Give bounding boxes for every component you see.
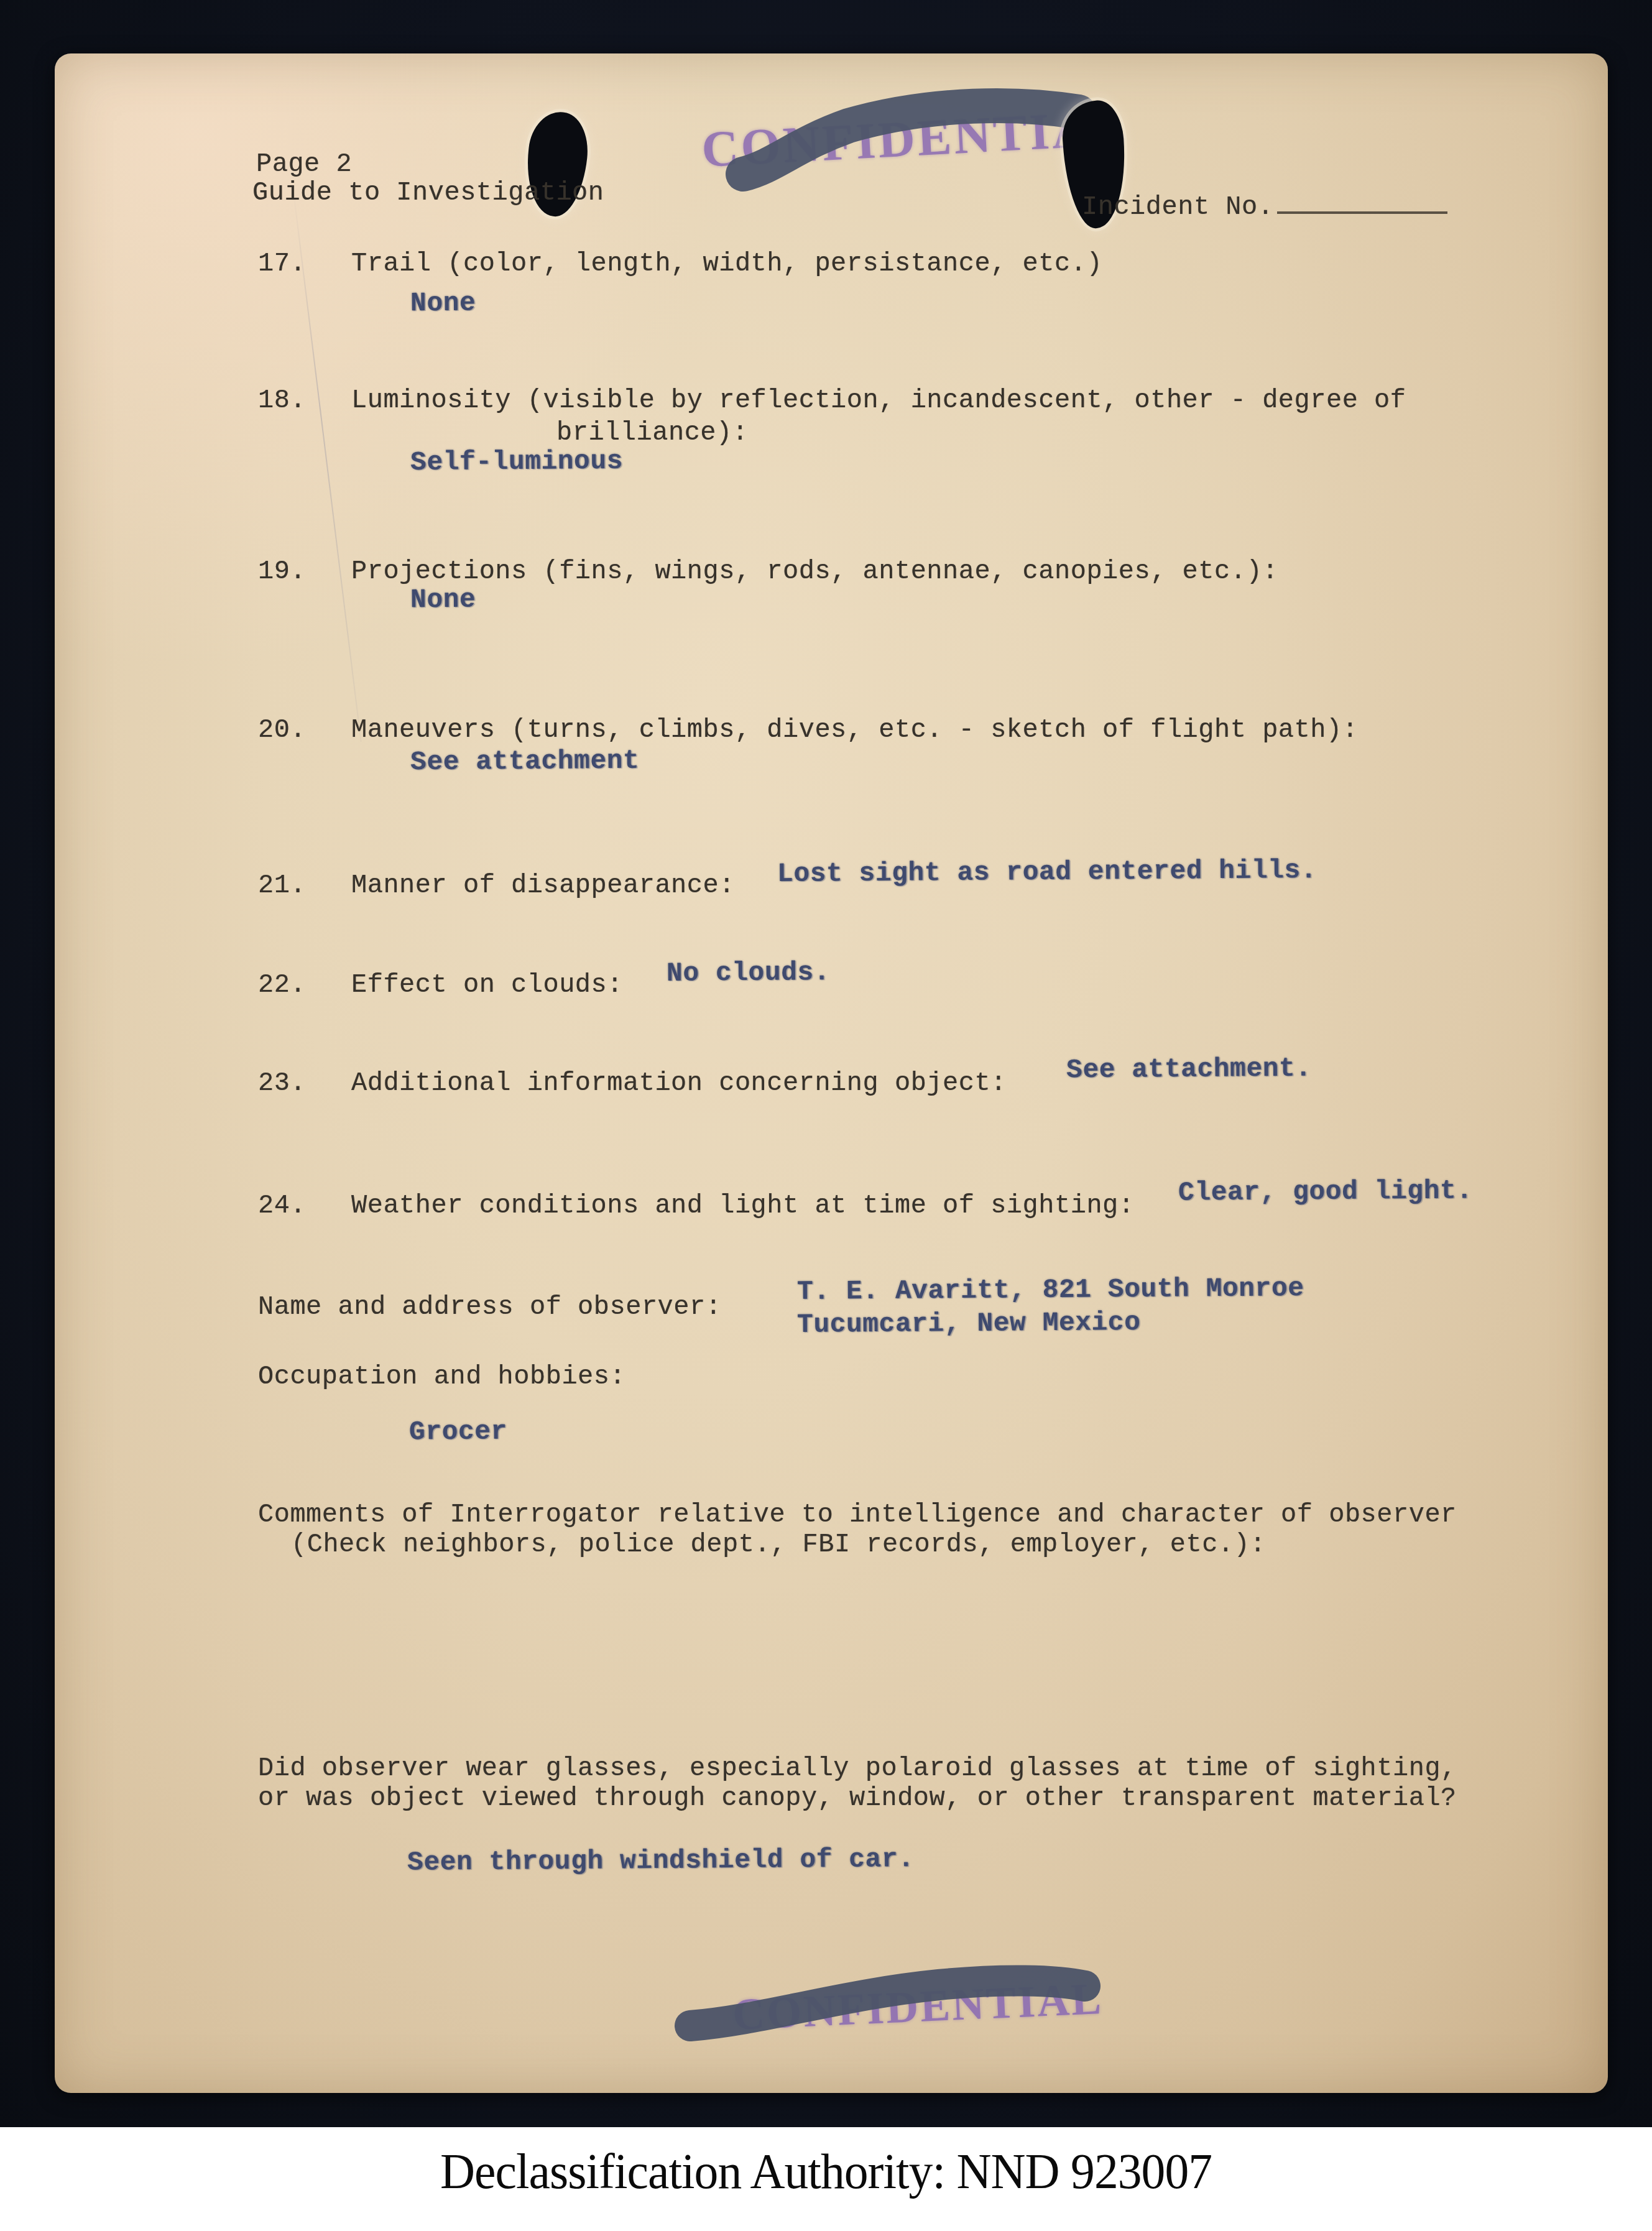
item-18-label-line2: brilliance): [556,418,748,448]
item-21-number: 21. [258,871,306,900]
comments-line1: Comments of Interrogator relative to int… [258,1500,1457,1530]
comments-line2: (Check neighbors, police dept., FBI reco… [291,1530,1266,1559]
item-23-answer: See attachment. [1066,1053,1312,1086]
doc-title: Guide to Investigation [252,178,604,208]
occupation-label: Occupation and hobbies: [258,1362,625,1392]
item-22-answer: No clouds. [667,957,830,989]
incident-no-label: Incident No. [1082,192,1273,222]
item-21-label: Manner of disappearance: [351,871,735,900]
item-22-number: 22. [258,970,306,1000]
glasses-answer: Seen through windshield of car. [407,1844,915,1878]
observer-name-label: Name and address of observer: [258,1292,721,1322]
item-20-answer: See attachment [410,746,640,778]
item-18-answer: Self-luminous [410,446,623,478]
item-24-label: Weather conditions and light at time of … [351,1191,1135,1221]
item-23-number: 23. [258,1068,306,1098]
item-24-number: 24. [258,1191,306,1221]
declassification-bar: Declassification Authority: NND 923007 [0,2127,1652,2231]
item-17-answer: None [410,288,476,319]
item-19-number: 19. [258,557,306,586]
glasses-question-line2: or was object viewed through canopy, win… [258,1783,1457,1813]
item-19-answer: None [410,584,476,616]
redaction-stroke-top [727,87,1101,193]
item-21-answer: Lost sight as road entered hills. [777,855,1317,889]
item-19-label: Projections (fins, wings, rods, antennae… [351,557,1278,586]
observer-name-value-line2: Tucumcari, New Mexico [797,1307,1141,1340]
item-17-number: 17. [258,249,306,279]
item-20-label: Maneuvers (turns, climbs, dives, etc. - … [351,715,1358,745]
item-18-number: 18. [258,386,306,415]
page-label: Page 2 [256,149,352,179]
item-17-label: Trail (color, length, width, persistance… [351,249,1102,279]
item-23-label: Additional information concerning object… [351,1068,1007,1098]
incident-no-blank [1277,184,1447,214]
declassification-text: Declassification Authority: NND 923007 [25,2147,1627,2197]
scanned-document: CONFIDENTIAL Page 2 Guide to Investigati… [0,0,1652,2231]
occupation-value: Grocer [409,1416,507,1447]
item-20-number: 20. [258,715,306,745]
redaction-stroke-bottom [678,1959,1101,2039]
item-22-label: Effect on clouds: [351,970,623,1000]
item-24-answer: Clear, good light. [1178,1175,1473,1208]
incident-no-field: Incident No. [1082,184,1447,222]
observer-name-value-line1: T. E. Avaritt, 821 South Monroe [797,1273,1304,1307]
item-18-label: Luminosity (visible by reflection, incan… [351,386,1406,415]
glasses-question-line1: Did observer wear glasses, especially po… [258,1753,1457,1783]
